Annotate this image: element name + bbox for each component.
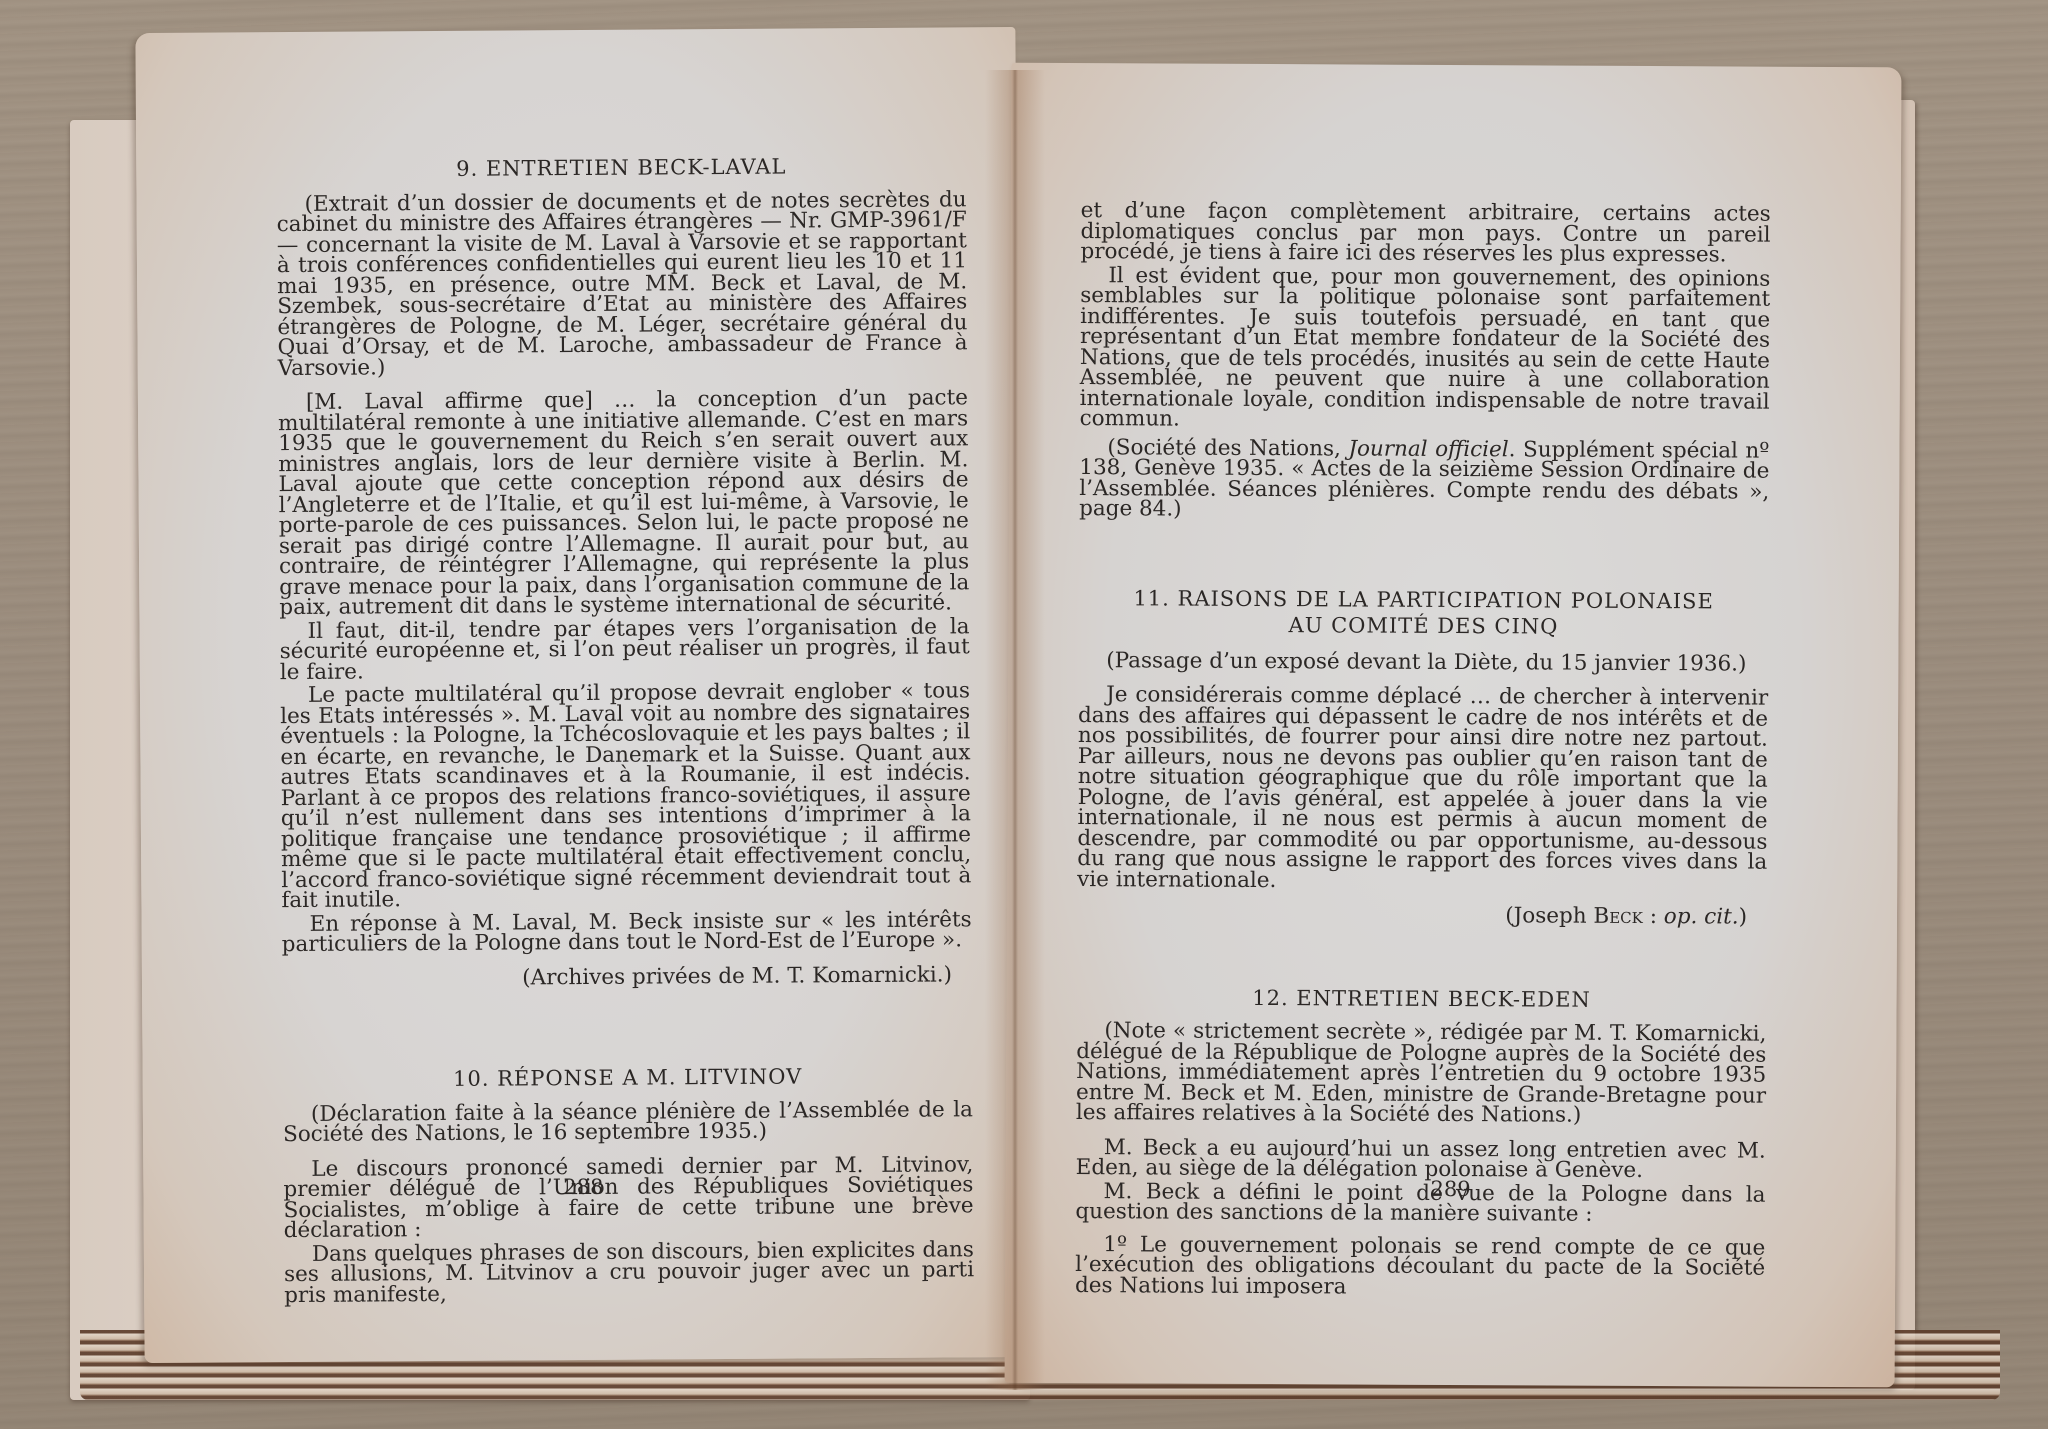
- section-11-intro: (Passage d’un exposé devant la Diète, du…: [1078, 651, 1768, 675]
- continuation-paragraph: Il est évident que, pour mon gouvernemen…: [1080, 266, 1771, 434]
- source-author: Beck: [1593, 904, 1643, 929]
- section-spacer: [282, 985, 973, 1070]
- section-9-paragraph: Le pacte multilatéral qu’il propose devr…: [280, 681, 972, 911]
- section-11-title-line1: 11. RAISONS DE LA PARTICIPATION POLONAIS…: [1133, 586, 1713, 613]
- section-10-title: 10. RÉPONSE A M. LITVINOV: [283, 1065, 973, 1090]
- left-page-text-column: 9. ENTRETIEN BECK-LAVAL (Extrait d’un do…: [276, 155, 974, 1309]
- section-9-title: 9. ENTRETIEN BECK-LAVAL: [276, 155, 966, 180]
- section-11-paragraph: Je considérerais comme déplacé … de cher…: [1077, 685, 1768, 894]
- continuation-source: (Société des Nations, Journal officiel. …: [1079, 438, 1769, 524]
- section-10-intro: (Déclaration faite à la séance plénière …: [283, 1100, 973, 1146]
- section-9-paragraph: En réponse à M. Laval, M. Beck insiste s…: [282, 910, 972, 956]
- left-page: 9. ENTRETIEN BECK-LAVAL (Extrait d’un do…: [135, 27, 1024, 1363]
- continuation-paragraph: et d’une façon complètement arbitraire, …: [1080, 201, 1770, 266]
- right-page-text-column: et d’une façon complètement arbitraire, …: [1075, 201, 1771, 1303]
- section-9-paragraph: Il faut, dit-il, tendre par étapes vers …: [279, 617, 969, 683]
- page-number-right: 289: [1005, 1175, 1896, 1388]
- page-number-left: 288: [143, 1172, 1024, 1363]
- section-12-intro: (Note « strictement secrète », rédigée p…: [1076, 1021, 1767, 1127]
- section-11-title-line2: AU COMITÉ DES CINQ: [1289, 613, 1559, 638]
- source-text: (Joseph: [1505, 903, 1593, 928]
- source-text: ): [1739, 904, 1748, 929]
- section-spacer: [1077, 925, 1767, 991]
- section-9-intro: (Extrait d’un dossier de documents et de…: [276, 190, 967, 379]
- section-11-title: 11. RAISONS DE LA PARTICIPATION POLONAIS…: [1078, 585, 1768, 641]
- source-opcit: op. cit.: [1664, 904, 1739, 929]
- section-9-paragraph: [M. Laval affirme que] … la conception d…: [278, 388, 970, 618]
- source-text: :: [1643, 904, 1664, 929]
- section-9-source: (Archives privées de M. T. Komarnicki.): [282, 965, 952, 990]
- section-12-title: 12. ENTRETIEN BECK-EDEN: [1077, 987, 1767, 1011]
- right-page: et d’une façon complètement arbitraire, …: [1005, 63, 1902, 1388]
- section-spacer: [1079, 523, 1769, 589]
